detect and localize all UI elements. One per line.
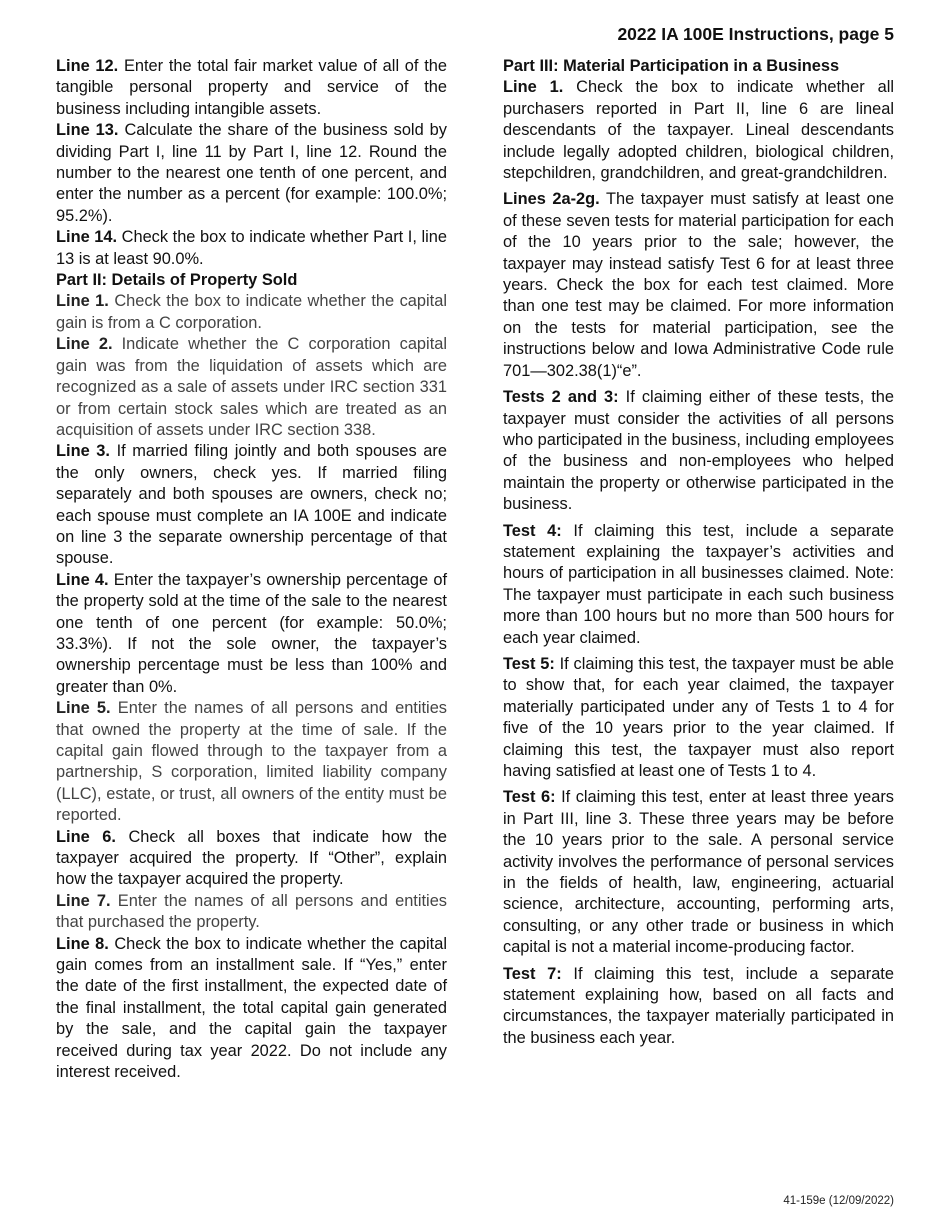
- line-text: Check the box to indicate whether the ca…: [56, 292, 447, 331]
- line-label: Line 13.: [56, 121, 118, 139]
- line-text: Enter the taxpayer’s ownership percentag…: [56, 571, 447, 696]
- part2-line-5: Line 5. Enter the names of all persons a…: [56, 698, 447, 826]
- part2-line-3: Line 3. If married filing jointly and bo…: [56, 441, 447, 569]
- line-text: If claiming either of these tests, the t…: [503, 388, 894, 513]
- line-label: Test 7:: [503, 965, 562, 983]
- line-label: Test 6:: [503, 788, 556, 806]
- line-text: If claiming this test, include a separat…: [503, 965, 894, 1047]
- part2-line-8: Line 8. Check the box to indicate whethe…: [56, 934, 447, 1084]
- line-label: Test 5:: [503, 655, 555, 673]
- test-7: Test 7: If claiming this test, include a…: [503, 964, 894, 1050]
- right-column: Part III: Material Participation in a Bu…: [503, 56, 894, 1049]
- line-text: If claiming this test, enter at least th…: [503, 788, 894, 956]
- line-text: Enter the names of all persons and entit…: [56, 699, 447, 824]
- instruction-line-14: Line 14. Check the box to indicate wheth…: [56, 227, 447, 270]
- part2-line-1: Line 1. Check the box to indicate whethe…: [56, 291, 447, 334]
- line-label: Tests 2 and 3:: [503, 388, 619, 406]
- line-text: The taxpayer must satisfy at least one o…: [503, 190, 894, 379]
- part2-line-6: Line 6. Check all boxes that indicate ho…: [56, 827, 447, 891]
- line-label: Test 4:: [503, 522, 562, 540]
- line-text: If claiming this test, include a separat…: [503, 522, 894, 647]
- part2-line-7: Line 7. Enter the names of all persons a…: [56, 891, 447, 934]
- line-label: Line 1.: [503, 78, 563, 96]
- line-label: Line 5.: [56, 699, 111, 717]
- part2-line-2: Line 2. Indicate whether the C corporati…: [56, 334, 447, 441]
- line-label: Line 2.: [56, 335, 113, 353]
- line-label: Line 14.: [56, 228, 117, 246]
- form-code: 41-159e (12/09/2022): [783, 1195, 894, 1207]
- line-label: Line 3.: [56, 442, 110, 460]
- instruction-line-13: Line 13. Calculate the share of the busi…: [56, 120, 447, 227]
- line-text: Check the box to indicate whether the ca…: [56, 935, 447, 1081]
- line-label: Line 1.: [56, 292, 109, 310]
- line-label: Line 8.: [56, 935, 109, 953]
- part2-heading: Part II: Details of Property Sold: [56, 270, 447, 291]
- line-label: Lines 2a-2g.: [503, 190, 600, 208]
- line-label: Line 7.: [56, 892, 111, 910]
- line-text: Enter the names of all persons and entit…: [56, 892, 447, 931]
- line-text: Indicate whether the C corporation capit…: [56, 335, 447, 439]
- part3-heading: Part III: Material Participation in a Bu…: [503, 56, 894, 77]
- line-label: Line 12.: [56, 57, 118, 75]
- line-label: Line 4.: [56, 571, 109, 589]
- page-header: 2022 IA 100E Instructions, page 5: [617, 24, 894, 45]
- part3-line-1: Line 1. Check the box to indicate whethe…: [503, 77, 894, 184]
- part2-line-4: Line 4. Enter the taxpayer’s ownership p…: [56, 570, 447, 698]
- part3-lines-2a-2g: Lines 2a-2g. The taxpayer must satisfy a…: [503, 189, 894, 382]
- test-6: Test 6: If claiming this test, enter at …: [503, 787, 894, 958]
- line-text: If married filing jointly and both spous…: [56, 442, 447, 567]
- line-text: If claiming this test, the taxpayer must…: [503, 655, 894, 780]
- test-5: Test 5: If claiming this test, the taxpa…: [503, 654, 894, 782]
- left-column: Line 12. Enter the total fair market val…: [56, 56, 447, 1084]
- tests-2-and-3: Tests 2 and 3: If claiming either of the…: [503, 387, 894, 515]
- instruction-line-12: Line 12. Enter the total fair market val…: [56, 56, 447, 120]
- test-4: Test 4: If claiming this test, include a…: [503, 521, 894, 649]
- line-label: Line 6.: [56, 828, 116, 846]
